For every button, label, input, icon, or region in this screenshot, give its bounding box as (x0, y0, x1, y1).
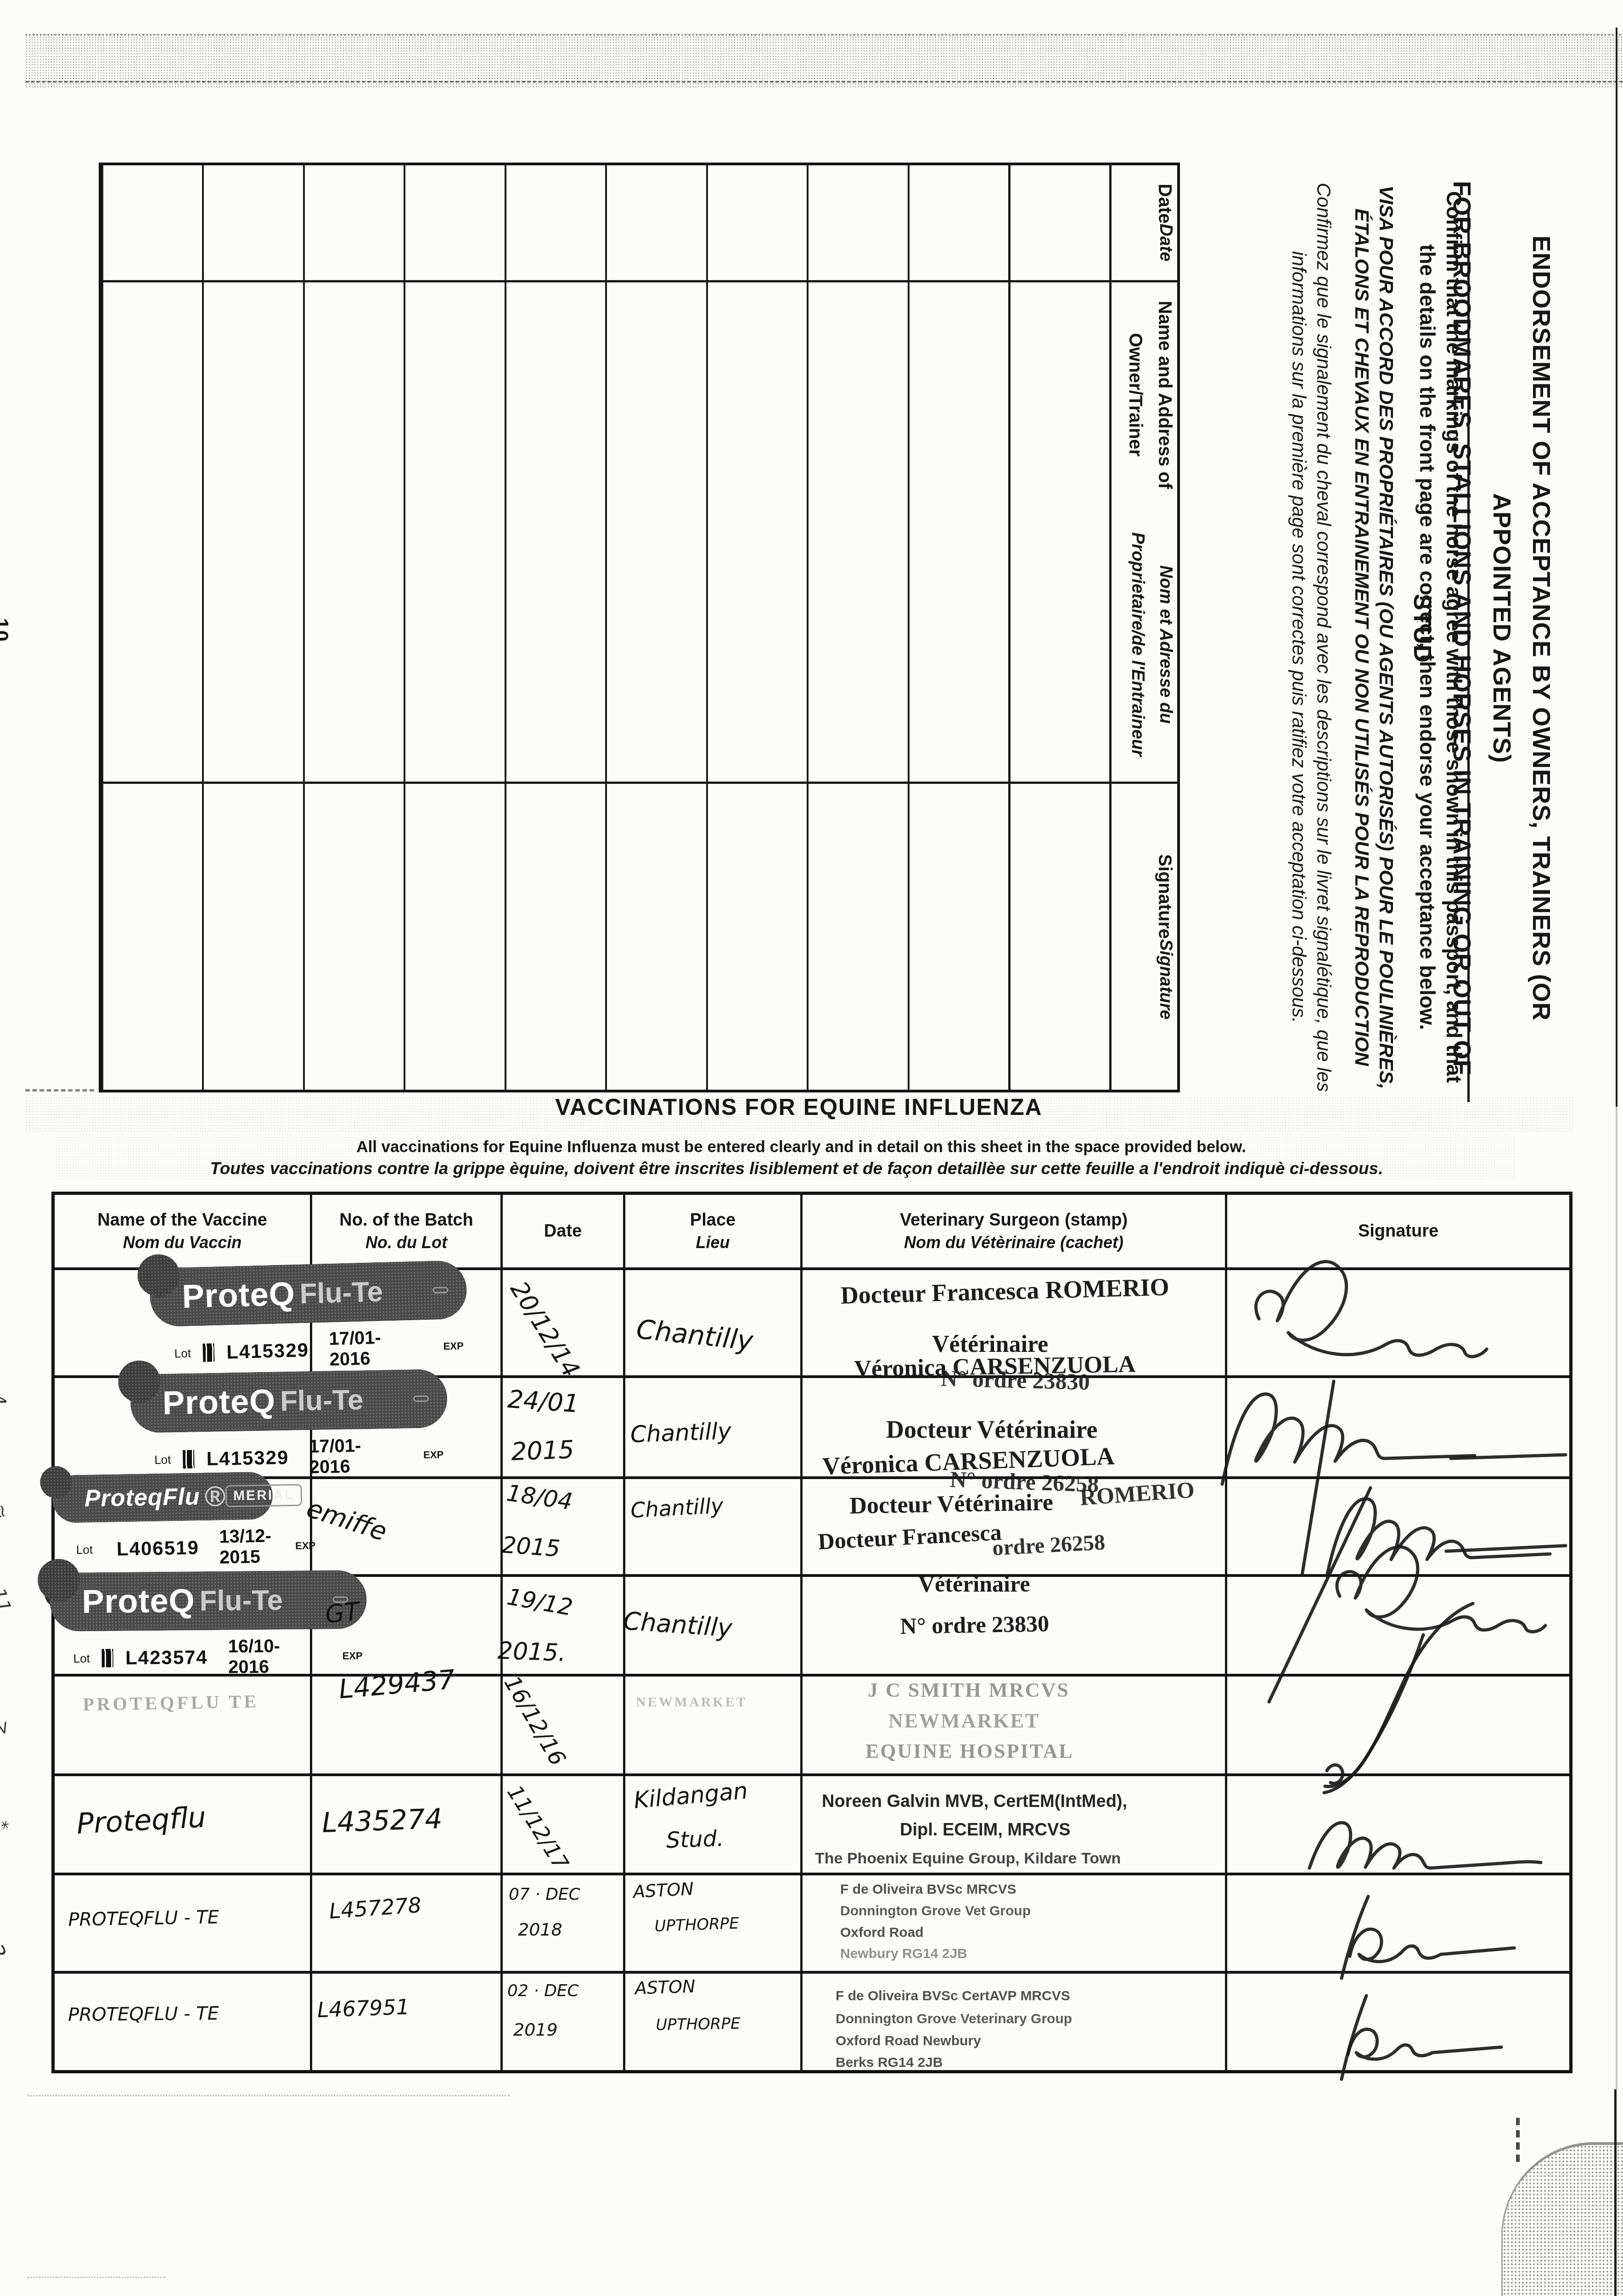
signature-row-3 (1269, 1488, 1566, 1702)
signature-row-1 (1256, 1261, 1487, 1356)
signature-row-7 (1342, 1896, 1514, 1978)
signature-row-6 (1309, 1823, 1541, 1868)
scanned-passport-page: 10 Date Date Name and Address of Owner/T… (0, 0, 1623, 2296)
signature-row-5 (1324, 1604, 1473, 1793)
signature-row-8 (1342, 1996, 1501, 2079)
signature-row-4 (1337, 1547, 1545, 1632)
signatures-layer (0, 0, 1623, 2296)
